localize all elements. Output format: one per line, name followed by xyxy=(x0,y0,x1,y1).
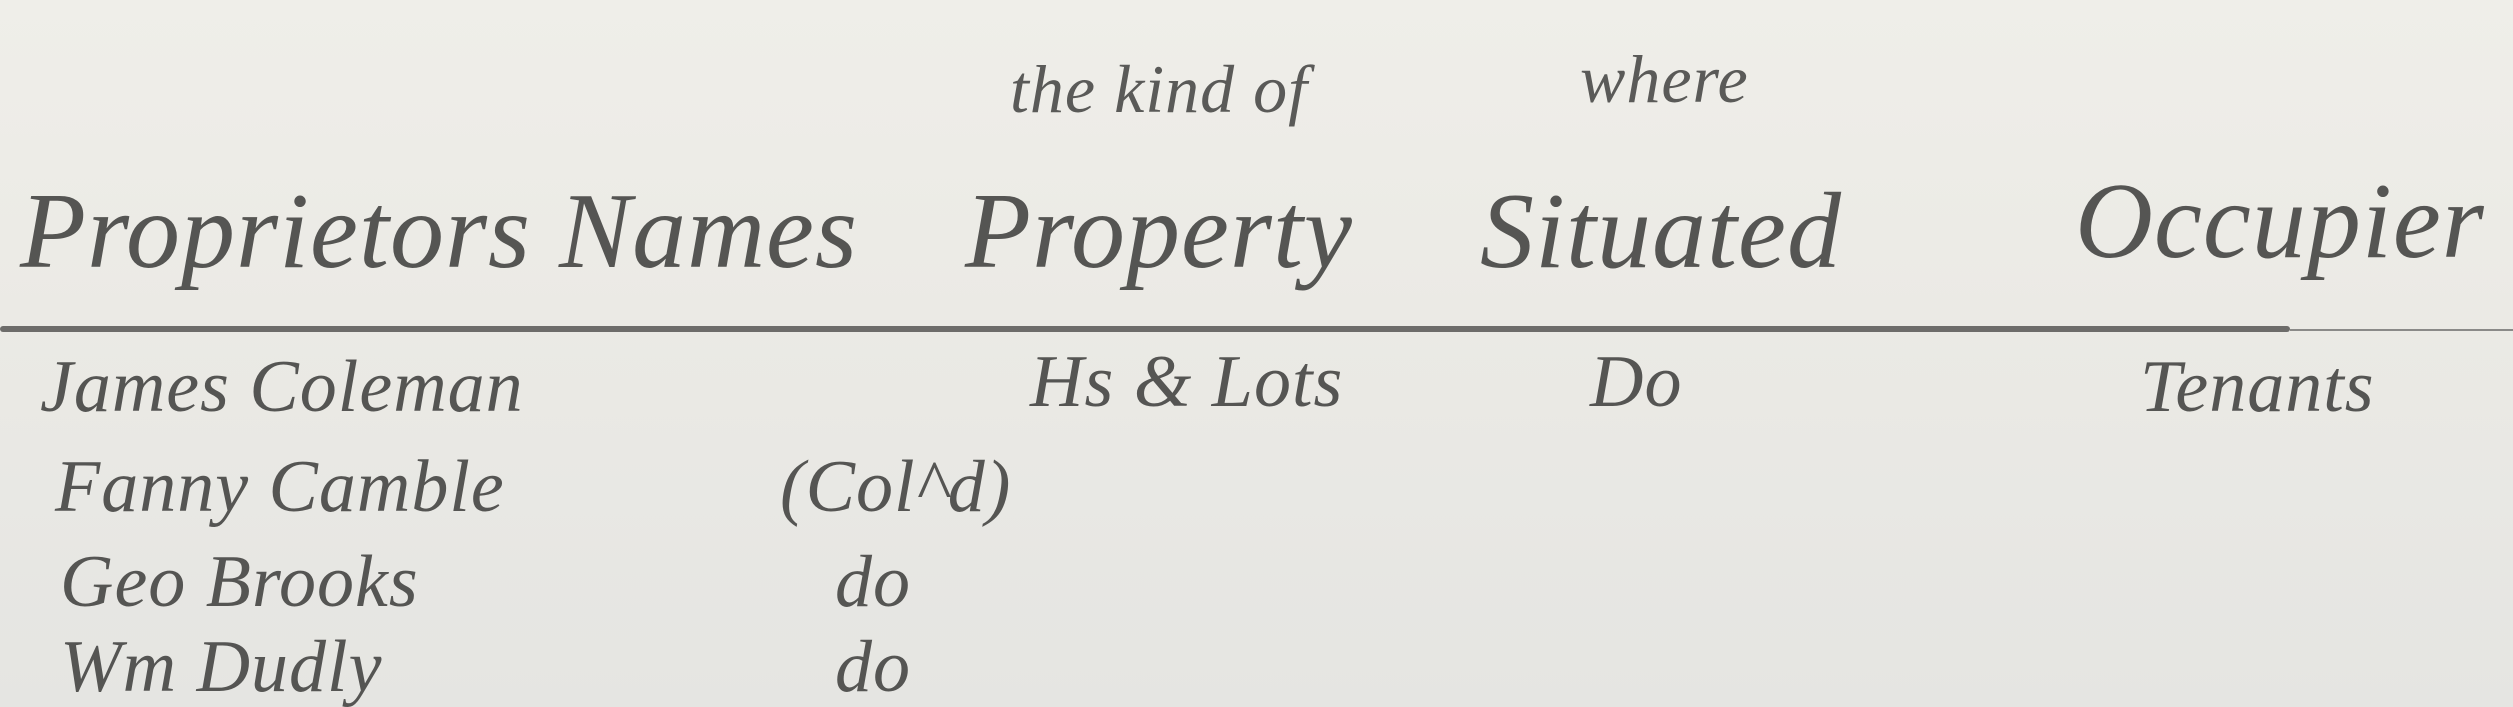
row-2-name: Fanny Camble xyxy=(55,445,505,530)
row-1-situated: Do xyxy=(1590,340,1682,425)
header-proprietors-names: Proprietors Names xyxy=(20,170,858,294)
row-4-note: do xyxy=(835,625,911,707)
header-rule-end xyxy=(2290,329,2513,331)
header-situated: Situated xyxy=(1480,170,1842,294)
header-property: Property xyxy=(965,170,1353,294)
row-1-name: James Coleman xyxy=(40,345,524,430)
header-where: where xyxy=(1580,40,1749,119)
ledger-page: Proprietors Names the kind of Property w… xyxy=(0,0,2513,707)
row-1-occupier: Tenants xyxy=(2140,345,2375,430)
header-the-kind-of: the kind of xyxy=(1010,50,1308,129)
row-4-name: Wm Dudly xyxy=(60,625,382,707)
row-2-note: (Col^d) xyxy=(780,445,1011,530)
header-rule xyxy=(0,326,2290,332)
header-occupier: Occupier xyxy=(2075,160,2485,284)
row-1-property: Hs & Lots xyxy=(1030,340,1343,425)
row-3-name: Geo Brooks xyxy=(60,540,419,625)
row-3-note: do xyxy=(835,540,911,625)
